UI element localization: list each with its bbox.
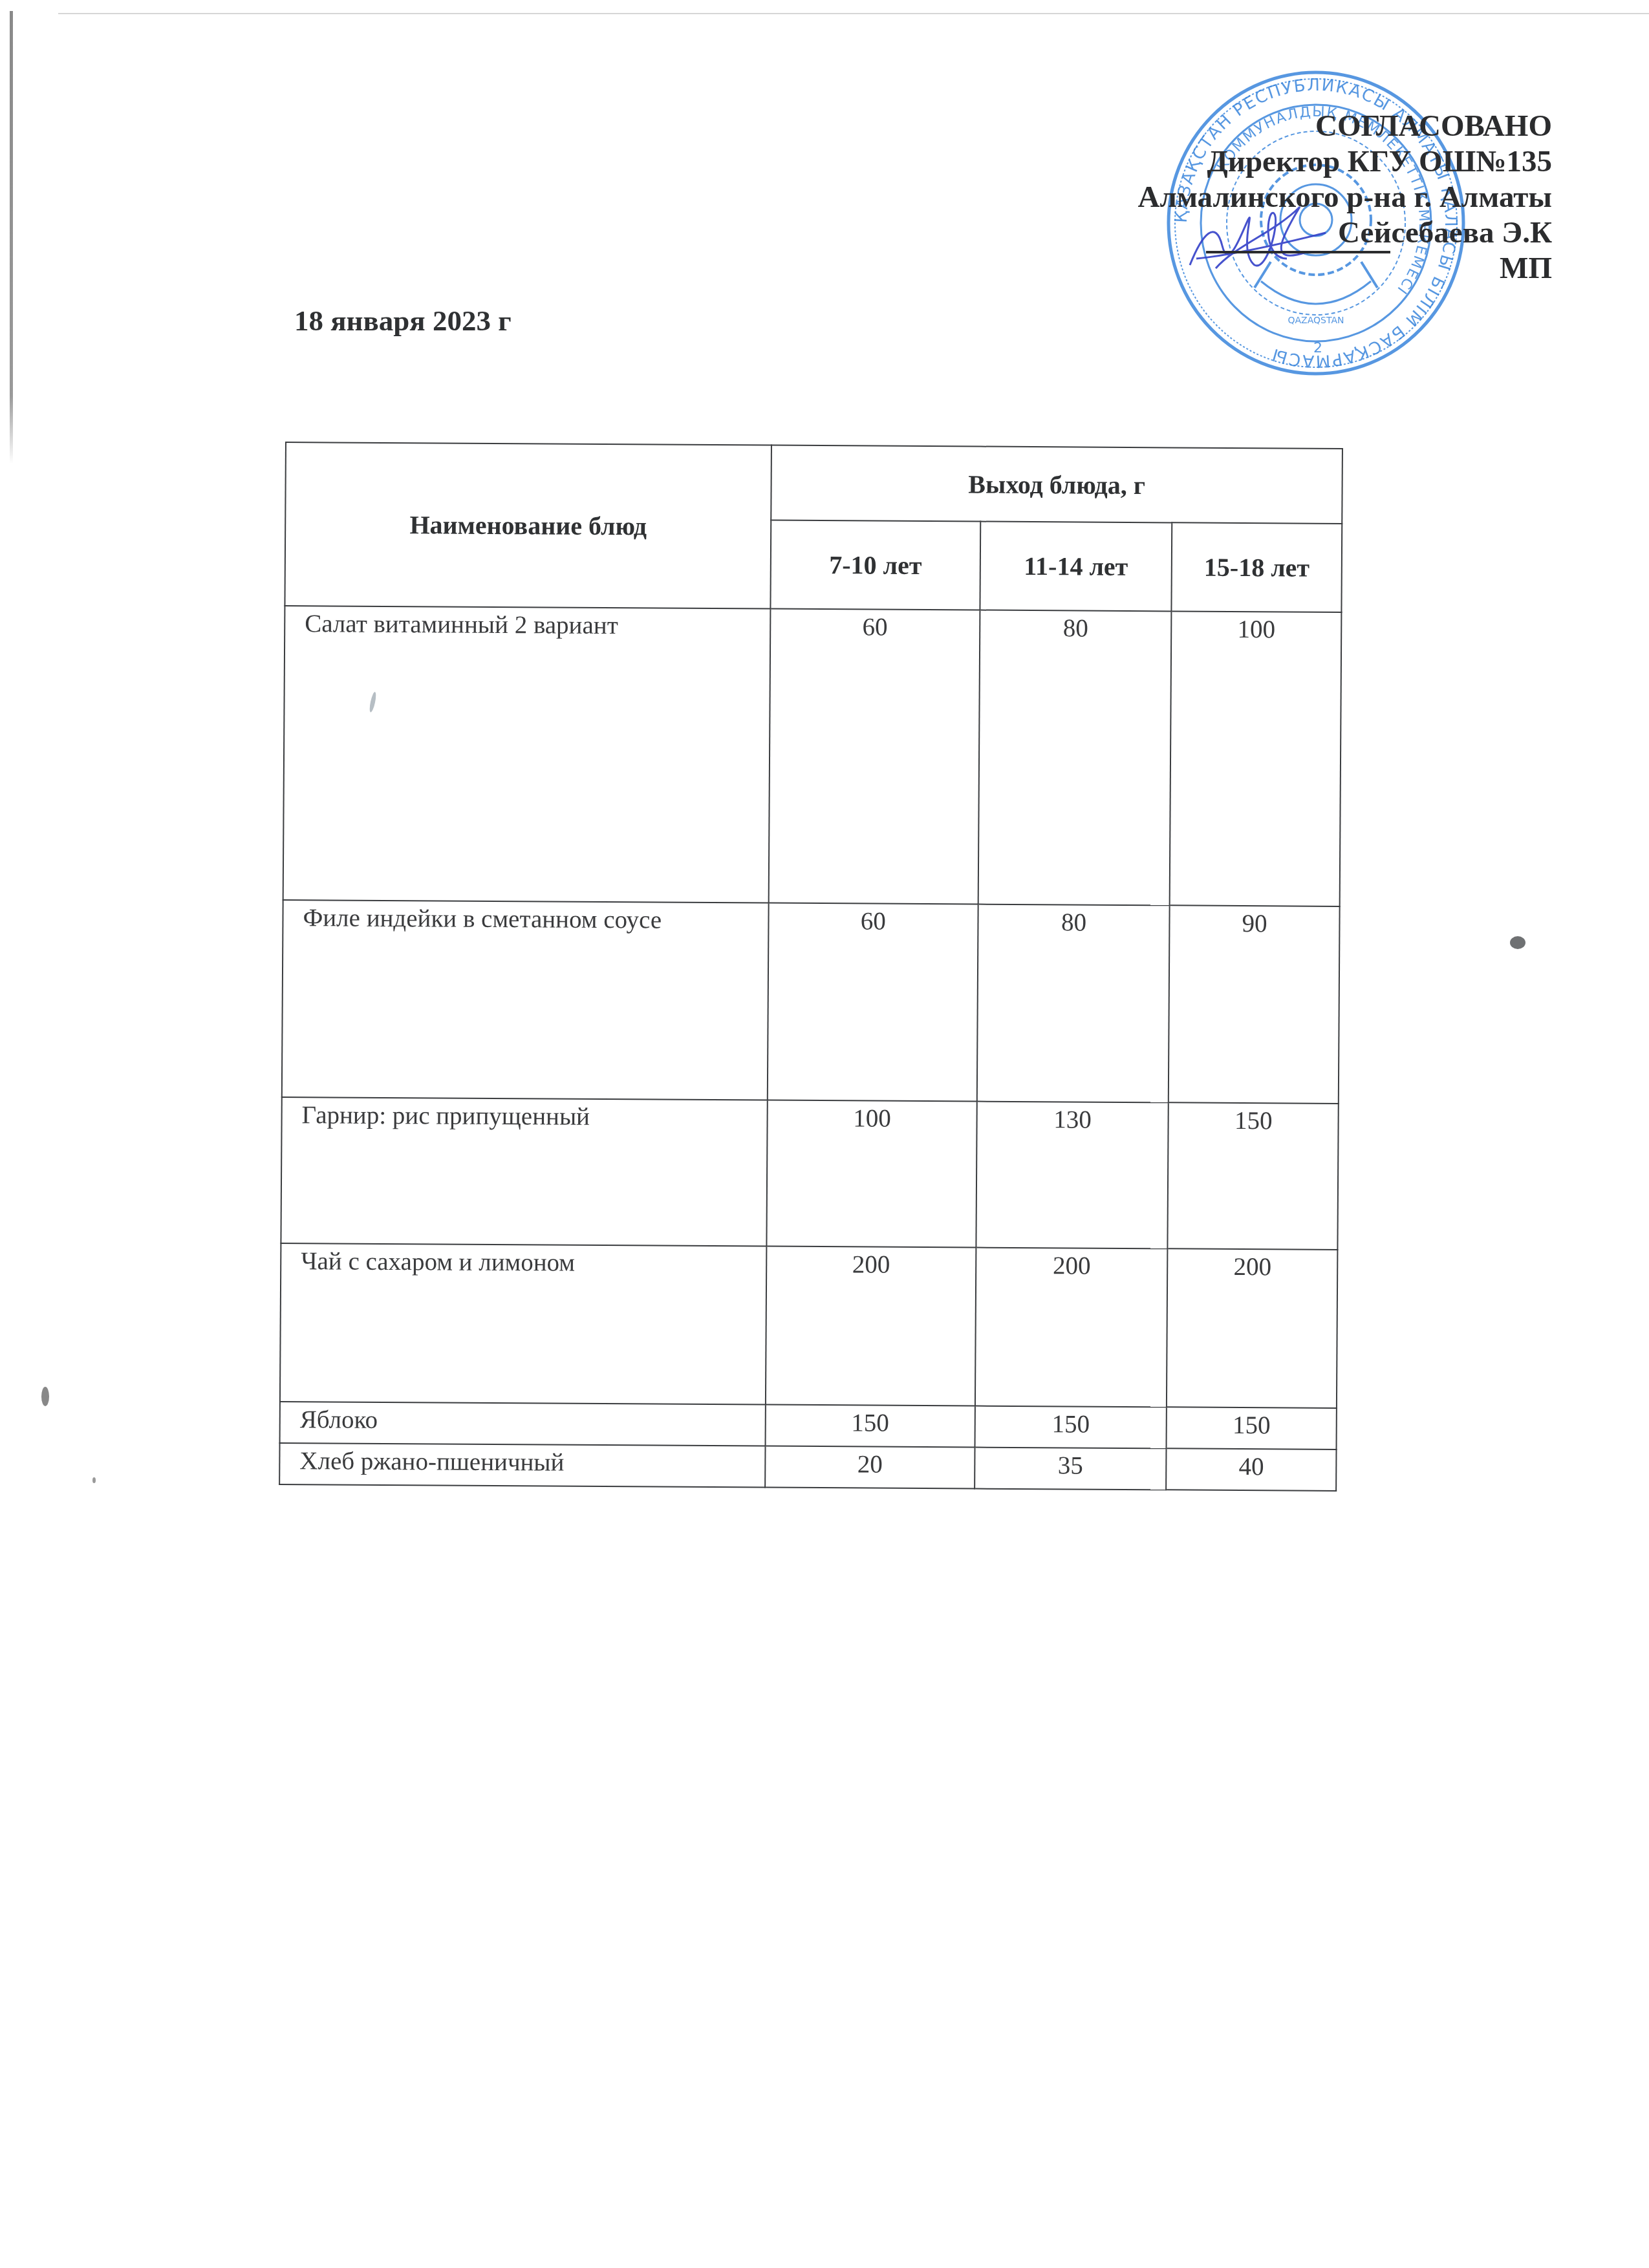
yield-7-10: 20 <box>765 1446 975 1489</box>
header-yield: Выход блюда, г <box>771 445 1342 524</box>
approval-signatory: Сейсебаева Э.К <box>1138 215 1552 251</box>
yield-11-14: 150 <box>975 1406 1167 1449</box>
stamp-number: 2 <box>1313 340 1322 356</box>
dish-name: Салат витаминный 2 вариант <box>283 606 771 903</box>
approval-seal-place: МП <box>1138 251 1552 286</box>
yield-15-18: 100 <box>1170 611 1341 906</box>
yield-11-14: 200 <box>975 1248 1168 1407</box>
yield-11-14: 35 <box>975 1448 1167 1490</box>
yield-15-18: 200 <box>1167 1248 1337 1408</box>
yield-15-18: 90 <box>1169 905 1340 1104</box>
scan-edge-shadow <box>10 11 13 464</box>
yield-11-14: 80 <box>978 610 1171 906</box>
approval-block: СОГЛАСОВАНО Директор КГУ ОШ№135 Алмалинс… <box>1138 109 1552 286</box>
table-row: Хлеб ржано-пшеничный 20 35 40 <box>279 1443 1336 1491</box>
approval-position: Директор КГУ ОШ№135 <box>1138 144 1552 180</box>
scan-smudge <box>92 1477 96 1483</box>
approval-district: Алмалинского р-на г. Алматы <box>1138 180 1552 215</box>
yield-11-14: 80 <box>977 904 1170 1103</box>
yield-15-18: 150 <box>1168 1102 1339 1250</box>
yield-15-18: 40 <box>1166 1448 1336 1491</box>
table-row: Яблоко 150 150 150 <box>280 1402 1337 1450</box>
document-date: 18 января 2023 г <box>294 304 512 337</box>
stamp-emblem-label: QAZAQSTAN <box>1288 316 1344 326</box>
yield-7-10: 60 <box>768 903 978 1102</box>
header-age-11-14: 11-14 лет <box>980 522 1172 612</box>
dish-name: Филе индейки в сметанном соусе <box>282 900 769 1100</box>
dish-name: Чай с сахаром и лимоном <box>280 1243 767 1405</box>
table-row: Филе индейки в сметанном соусе 60 80 90 <box>282 900 1340 1104</box>
yield-7-10: 100 <box>767 1100 977 1248</box>
scan-top-edge <box>58 13 1649 14</box>
yield-11-14: 130 <box>976 1102 1169 1249</box>
scan-smudge <box>1510 936 1525 949</box>
approval-title: СОГЛАСОВАНО <box>1138 109 1552 144</box>
header-age-7-10: 7-10 лет <box>771 520 980 610</box>
yield-15-18: 150 <box>1167 1407 1337 1450</box>
menu-table: Наименование блюд Выход блюда, г 7-10 ле… <box>279 442 1343 1492</box>
header-dish-name: Наименование блюд <box>285 442 771 609</box>
table-row: Гарнир: рис припущенный 100 130 150 <box>281 1097 1338 1250</box>
table-row: Чай с сахаром и лимоном 200 200 200 <box>280 1243 1337 1408</box>
header-age-15-18: 15-18 лет <box>1172 522 1342 612</box>
table-row: Салат витаминный 2 вариант 60 80 100 <box>283 606 1342 906</box>
yield-7-10: 60 <box>769 609 980 904</box>
dish-name: Хлеб ржано-пшеничный <box>279 1443 766 1488</box>
dish-name: Гарнир: рис припущенный <box>281 1097 768 1246</box>
yield-7-10: 200 <box>766 1246 976 1406</box>
scan-smudge <box>41 1387 49 1406</box>
yield-7-10: 150 <box>766 1405 975 1448</box>
dish-name: Яблоко <box>280 1402 766 1446</box>
